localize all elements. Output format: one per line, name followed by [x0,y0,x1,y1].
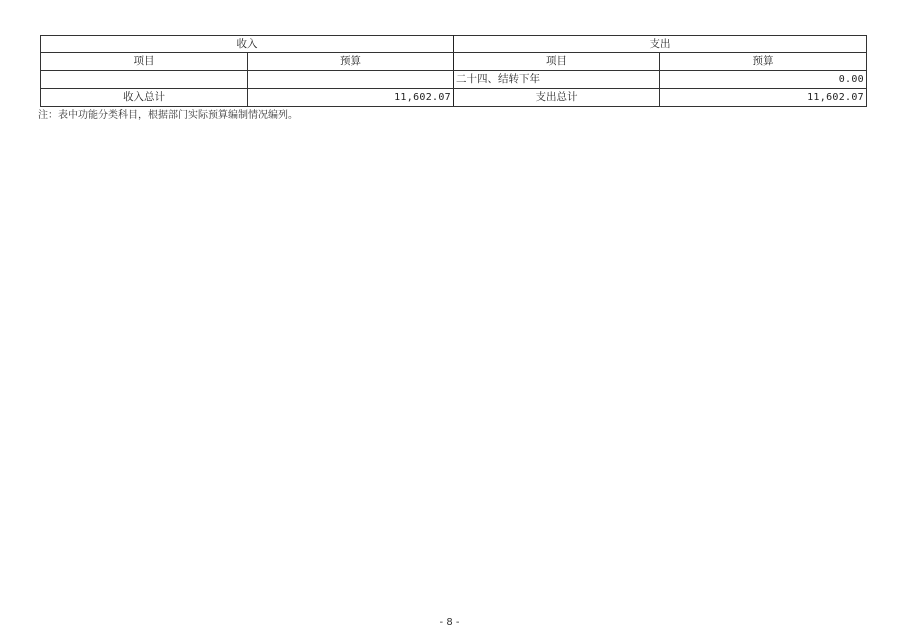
expenditure-budget-header: 预算 [660,53,867,71]
totals-row: 收入总计 11,602.07 支出总计 11,602.07 [41,89,867,107]
income-total-label: 收入总计 [41,89,248,107]
table-footnote: 注：表中功能分类科目，根据部门实际预算编制情况编列。 [38,106,298,121]
budget-table: 收入 支出 项目 预算 项目 预算 二十四、结转下年 0.00 收入总计 11,… [40,35,867,107]
income-total-value: 11,602.07 [248,89,454,107]
expenditure-budget-cell: 0.00 [660,71,867,89]
income-item-header: 项目 [41,53,248,71]
page-number: - 8 - [0,617,899,628]
section-header-row: 收入 支出 [41,36,867,53]
income-item-cell [41,71,248,89]
expenditure-item-header: 项目 [454,53,660,71]
table-row: 二十四、结转下年 0.00 [41,71,867,89]
income-budget-cell [248,71,454,89]
income-budget-header: 预算 [248,53,454,71]
expenditure-item-cell: 二十四、结转下年 [454,71,660,89]
income-section-header: 收入 [41,36,454,53]
column-header-row: 项目 预算 项目 预算 [41,53,867,71]
expenditure-total-value: 11,602.07 [660,89,867,107]
expenditure-section-header: 支出 [454,36,867,53]
expenditure-total-label: 支出总计 [454,89,660,107]
